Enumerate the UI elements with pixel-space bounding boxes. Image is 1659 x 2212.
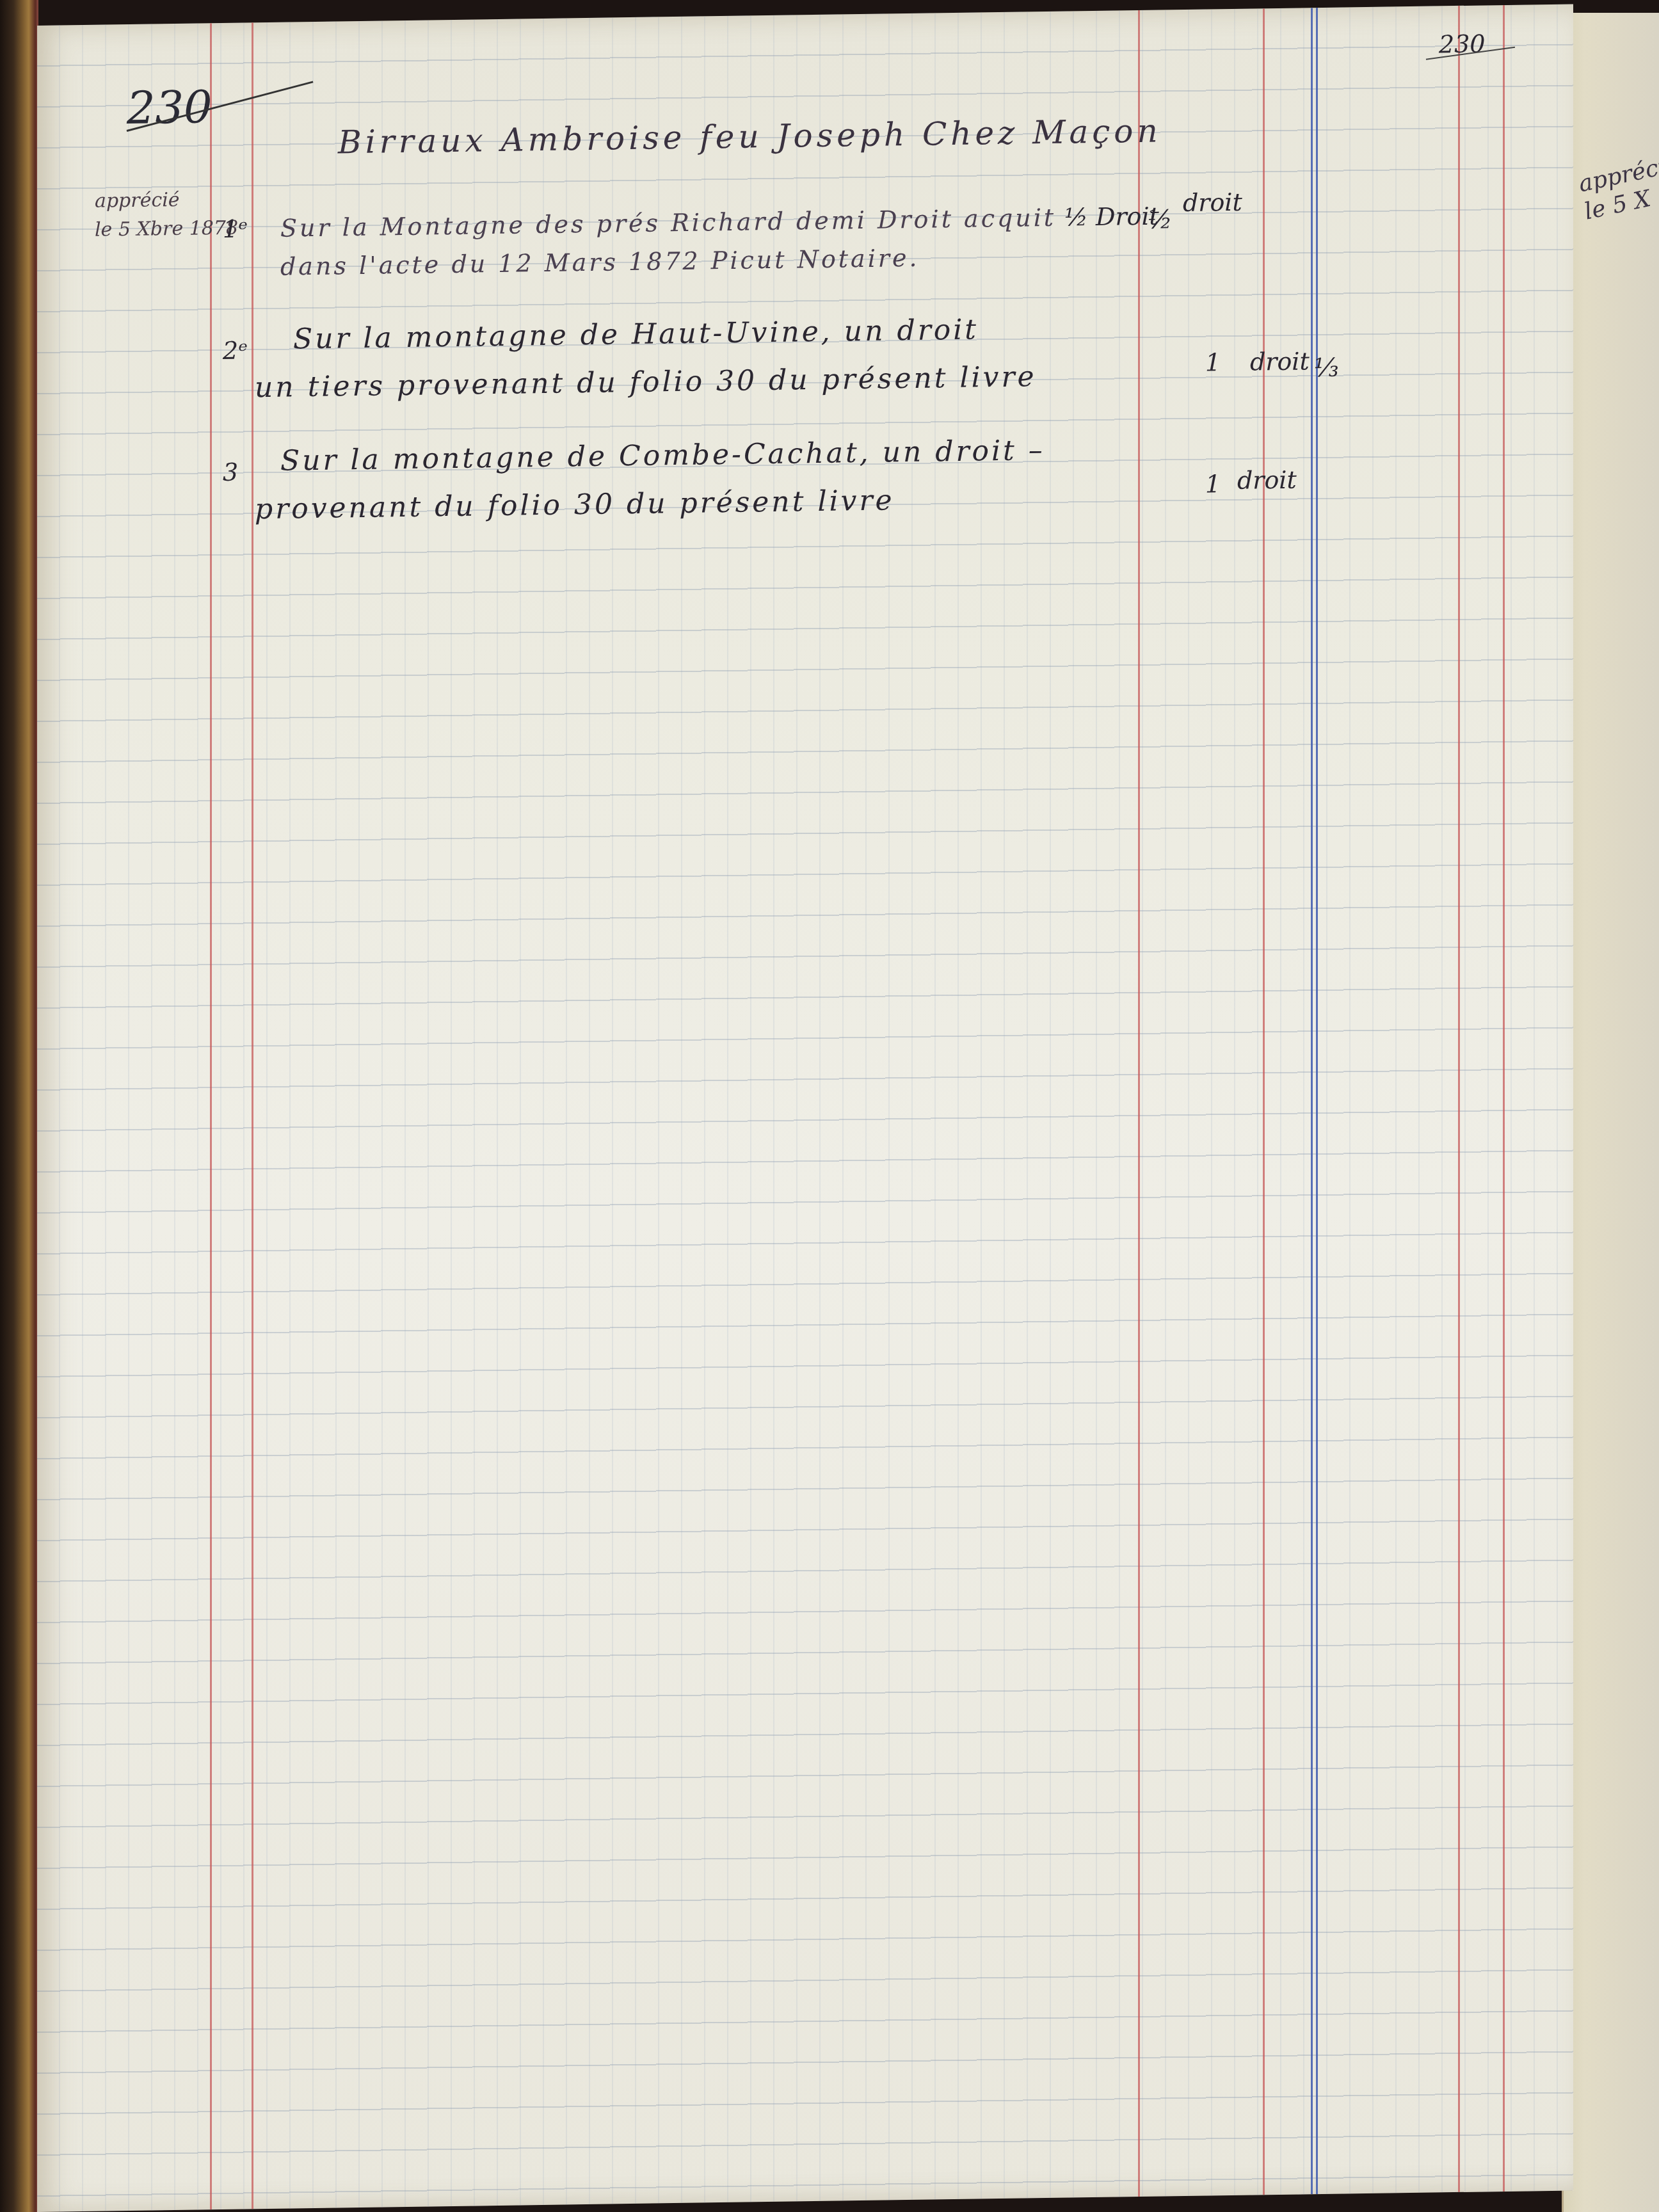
amount-rule-left: [1138, 10, 1140, 2197]
entry-1-amount-qty: ½: [1148, 205, 1173, 235]
entry-2-amount-qty: 1: [1205, 348, 1221, 376]
right-page-edge: [1562, 13, 1659, 2212]
entry-2-amount-unit: droit: [1250, 347, 1310, 376]
ledger-page: 230 230 Birraux Ambroise feu Joseph Chez…: [37, 4, 1573, 2212]
entry-3-amount-unit: droit: [1237, 466, 1297, 495]
right-rule-1: [1458, 6, 1460, 2192]
entry-3-number: 3: [223, 458, 238, 486]
entry-2-number: 2ᵉ: [223, 336, 248, 365]
entry-1-amount-unit: droit: [1183, 188, 1242, 217]
entry-3-amount-qty: 1: [1205, 470, 1221, 498]
entry-1-inline-amount: ½ Droit: [1064, 202, 1159, 232]
amount-rule-right: [1263, 8, 1265, 2195]
margin-rule-2: [252, 22, 253, 2209]
double-rule-blue-2: [1316, 8, 1318, 2194]
double-rule-blue-1: [1311, 8, 1313, 2194]
margin-note-line-1: apprécié: [95, 187, 180, 215]
margin-note-line-2: le 5 Xbre 1878: [95, 215, 238, 244]
entry-2-fraction: ⅓: [1314, 353, 1339, 383]
book-binding: [0, 0, 38, 2212]
entry-1-number: 1ᵉ: [223, 214, 248, 243]
margin-rule-1: [210, 23, 212, 2209]
right-rule-2: [1503, 5, 1505, 2192]
